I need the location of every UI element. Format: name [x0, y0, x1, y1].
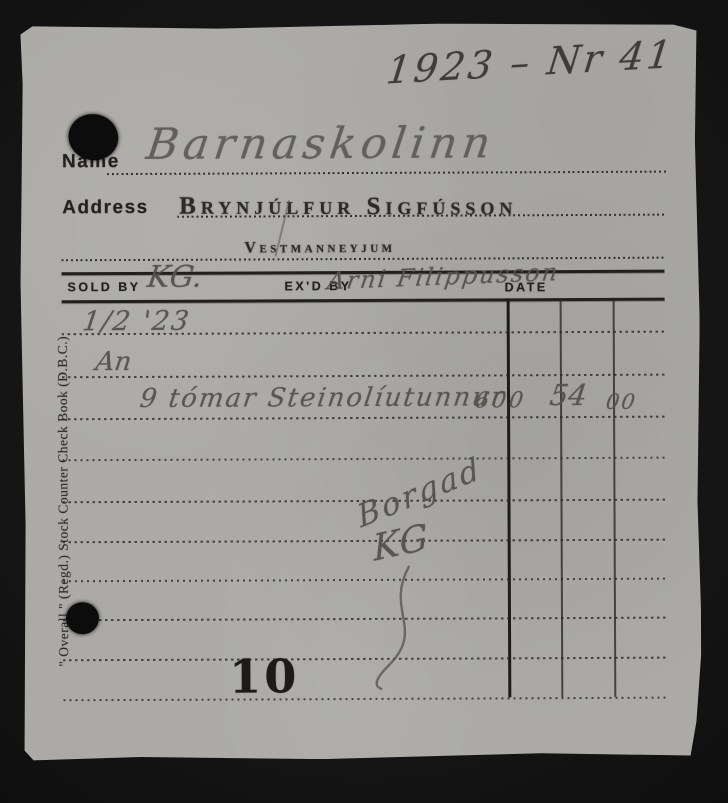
sold-by-label: SOLD BY: [68, 280, 141, 294]
scan-background: 1923 – Nr 41 Name Barnaskolinn Address B…: [0, 0, 728, 803]
page-number: 10: [229, 649, 299, 703]
table-column-divider-main: [507, 298, 512, 697]
table-row-line: [63, 697, 666, 702]
address-stamp-town: Vestmanneyjum: [244, 239, 395, 258]
entry-date: 1/2 '23: [81, 306, 193, 337]
entry-prefix: An: [94, 347, 134, 377]
entry-amount-aurar: 00: [604, 390, 638, 414]
punch-hole-bottom: [66, 602, 99, 634]
address-stamp-name: Brynjúlfur Sigfússon: [179, 193, 517, 222]
table-row-line: [62, 457, 665, 462]
entry-unit-price: 600: [473, 388, 527, 413]
sold-by-value: KG.: [145, 260, 205, 295]
entry-amount-kronur: 54: [548, 378, 590, 412]
header-rule-bottom: [62, 298, 665, 304]
signature-flourish: [351, 563, 442, 693]
name-value: Barnaskolinn: [144, 118, 499, 170]
year-number-annotation: 1923 – Nr 41: [384, 32, 677, 93]
table-column-divider-aur: [613, 298, 617, 697]
table-column-divider-kr: [560, 298, 564, 697]
address-label: Address: [62, 197, 149, 219]
table-row-line: [62, 416, 665, 421]
receipt-paper: 1923 – Nr 41 Name Barnaskolinn Address B…: [18, 22, 701, 762]
table-row-line: [63, 539, 666, 544]
entry-item-description: 9 tómar Steinolíutunnur: [138, 382, 507, 414]
margin-note: " Overall " (Regd.) Stock Counter Check …: [50, 301, 78, 701]
name-field-line: [107, 171, 666, 175]
